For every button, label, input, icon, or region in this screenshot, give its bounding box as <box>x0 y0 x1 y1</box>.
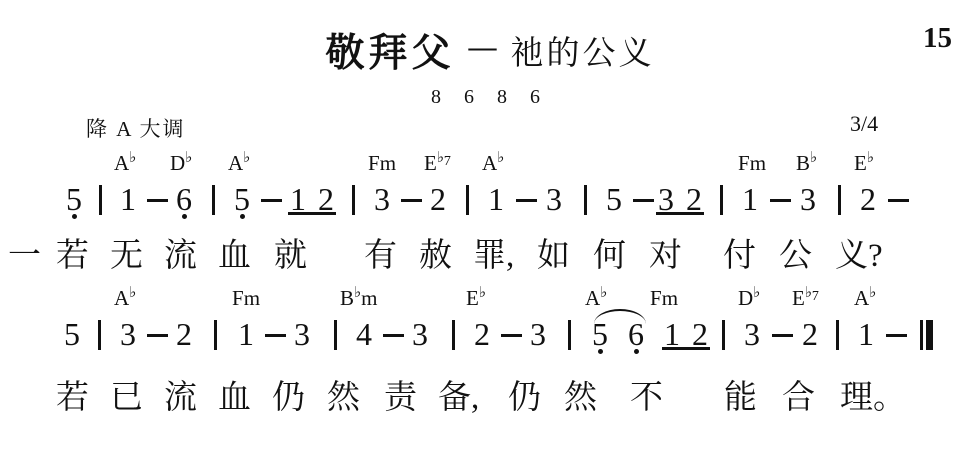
barline <box>99 185 102 215</box>
chord-symbol: A♭ <box>114 153 136 174</box>
chord-symbol: A♭ <box>854 288 876 309</box>
note-digit: 1 <box>238 318 254 350</box>
note-digit: 2 <box>474 318 490 350</box>
chord-symbol: A♭ <box>114 288 136 309</box>
note-digit: 3 <box>120 318 136 350</box>
eighth-note-beam <box>662 347 710 350</box>
octave-dot <box>240 214 245 219</box>
lyric-syllable: 然 <box>327 380 360 416</box>
note-digit: 2 <box>692 318 708 350</box>
duration-dash <box>147 334 168 337</box>
barline <box>722 320 725 350</box>
lyric-syllable: 公 <box>779 238 812 274</box>
song-title-main: 敬拜父 <box>325 22 454 78</box>
barline <box>334 320 337 350</box>
duration-dash <box>501 334 522 337</box>
lyric-syllable: 就 <box>274 238 307 274</box>
verse-number: 一 <box>8 238 41 274</box>
lyric-syllable: 流 <box>164 238 197 274</box>
lyric-syllable: 血 <box>218 238 251 274</box>
octave-dot <box>634 349 639 354</box>
chord-symbol: E♭7 <box>424 153 451 174</box>
lyric-syllable: 何 <box>593 238 626 274</box>
lyric-syllable: 如 <box>537 238 570 274</box>
octave-dot <box>182 214 187 219</box>
duration-dash <box>770 199 791 202</box>
note-digit: 1 <box>290 183 306 215</box>
barline <box>452 320 455 350</box>
chord-symbol: D♭ <box>738 288 760 309</box>
note-digit: 3 <box>658 183 674 215</box>
duration-dash <box>265 334 286 337</box>
note-digit: 1 <box>858 318 874 350</box>
time-signature: 3/4 <box>850 111 878 137</box>
key-signature: 降 A 大调 <box>86 113 186 143</box>
duration-dash <box>888 199 909 202</box>
page-number: 15 <box>923 22 952 55</box>
lyric-syllable: 有 <box>364 238 397 274</box>
lyric-syllable: 若 <box>56 380 89 416</box>
chord-symbol: E♭7 <box>792 288 819 309</box>
barline <box>214 320 217 350</box>
chord-symbol: Fm <box>650 288 678 309</box>
note-digit: 3 <box>374 183 390 215</box>
note-digit: 1 <box>664 318 680 350</box>
duration-dash <box>772 334 793 337</box>
duration-dash <box>886 334 907 337</box>
chord-symbol: A♭ <box>228 153 250 174</box>
barline <box>838 185 841 215</box>
lyric-syllable: 罪, <box>473 238 514 274</box>
lyric-syllable: 无 <box>110 238 143 274</box>
note-digit: 5 <box>234 183 250 215</box>
note-digit: 5 <box>66 183 82 215</box>
note-digit: 5 <box>64 318 80 350</box>
note-digit: 2 <box>686 183 702 215</box>
barline <box>568 320 571 350</box>
note-digit: 3 <box>412 318 428 350</box>
lyric-syllable: 若 <box>56 238 89 274</box>
barline <box>466 185 469 215</box>
lyric-syllable: 对 <box>649 238 682 274</box>
lyric-syllable: 合 <box>782 380 815 416</box>
note-digit: 2 <box>430 183 446 215</box>
octave-dot <box>598 349 603 354</box>
barline <box>836 320 839 350</box>
slur-arc <box>594 309 646 324</box>
lyric-syllable: 理。 <box>840 380 906 416</box>
note-digit: 3 <box>546 183 562 215</box>
chord-symbol: Fm <box>738 153 766 174</box>
duration-dash <box>261 199 282 202</box>
song-subtitle: 祂的公义 <box>511 27 655 74</box>
duration-dash <box>516 199 537 202</box>
lyric-syllable: 义? <box>835 238 883 274</box>
octave-dot <box>72 214 77 219</box>
chord-symbol: A♭ <box>585 288 607 309</box>
song-title: 敬拜父 — 祂的公义 <box>0 22 980 78</box>
chord-symbol: D♭ <box>170 153 192 174</box>
duration-dash <box>147 199 168 202</box>
barline <box>212 185 215 215</box>
chord-symbol: B♭ <box>796 153 817 174</box>
lyric-syllable: 赦 <box>419 238 452 274</box>
hymn-meter: 8 6 8 6 <box>0 86 980 109</box>
barline <box>352 185 355 215</box>
duration-dash <box>383 334 404 337</box>
chord-symbol: E♭ <box>466 288 486 309</box>
note-digit: 1 <box>488 183 504 215</box>
lyrics-line-2: 若已流血仍然责备,仍然不能合理。 <box>0 380 980 420</box>
note-digit: 5 <box>606 183 622 215</box>
note-digit: 2 <box>318 183 334 215</box>
lyric-syllable: 流 <box>164 380 197 416</box>
duration-dash <box>633 199 654 202</box>
music-line-1: A♭D♭A♭FmE♭7A♭FmB♭E♭5165123213532132 <box>0 183 980 223</box>
eighth-note-beam <box>656 212 704 215</box>
lyric-syllable: 仍 <box>272 380 305 416</box>
note-digit: 2 <box>176 318 192 350</box>
chord-symbol: A♭ <box>482 153 504 174</box>
note-digit: 1 <box>742 183 758 215</box>
barline <box>98 320 101 350</box>
lyric-syllable: 仍 <box>508 380 541 416</box>
note-digit: 3 <box>800 183 816 215</box>
chord-symbol: E♭ <box>854 153 874 174</box>
lyric-syllable: 不 <box>630 380 663 416</box>
lyric-syllable: 责 <box>384 380 417 416</box>
note-digit: 3 <box>530 318 546 350</box>
note-digit: 1 <box>120 183 136 215</box>
final-double-barline <box>920 320 933 350</box>
lyrics-line-1: 一若无流血就有赦罪,如何对付公义? <box>0 238 980 278</box>
lyric-syllable: 备, <box>438 380 479 416</box>
note-digit: 3 <box>744 318 760 350</box>
sheet-music-page: 敬拜父 — 祂的公义 15 8 6 8 6 降 A 大调 3/4 A♭D♭A♭F… <box>0 0 980 457</box>
barline <box>584 185 587 215</box>
chord-symbol: Fm <box>368 153 396 174</box>
chord-symbol: B♭m <box>340 288 377 309</box>
music-line-2: A♭FmB♭mE♭A♭FmD♭E♭7A♭5321343235612321 <box>0 318 980 358</box>
note-digit: 4 <box>356 318 372 350</box>
note-digit: 3 <box>294 318 310 350</box>
chord-symbol: Fm <box>232 288 260 309</box>
title-dash: — <box>469 32 497 64</box>
duration-dash <box>401 199 422 202</box>
lyric-syllable: 能 <box>724 380 757 416</box>
barline <box>720 185 723 215</box>
lyric-syllable: 付 <box>723 238 756 274</box>
note-digit: 2 <box>802 318 818 350</box>
lyric-syllable: 血 <box>218 380 251 416</box>
note-digit: 2 <box>860 183 876 215</box>
lyric-syllable: 然 <box>564 380 597 416</box>
lyric-syllable: 已 <box>110 380 143 416</box>
eighth-note-beam <box>288 212 336 215</box>
note-digit: 6 <box>176 183 192 215</box>
